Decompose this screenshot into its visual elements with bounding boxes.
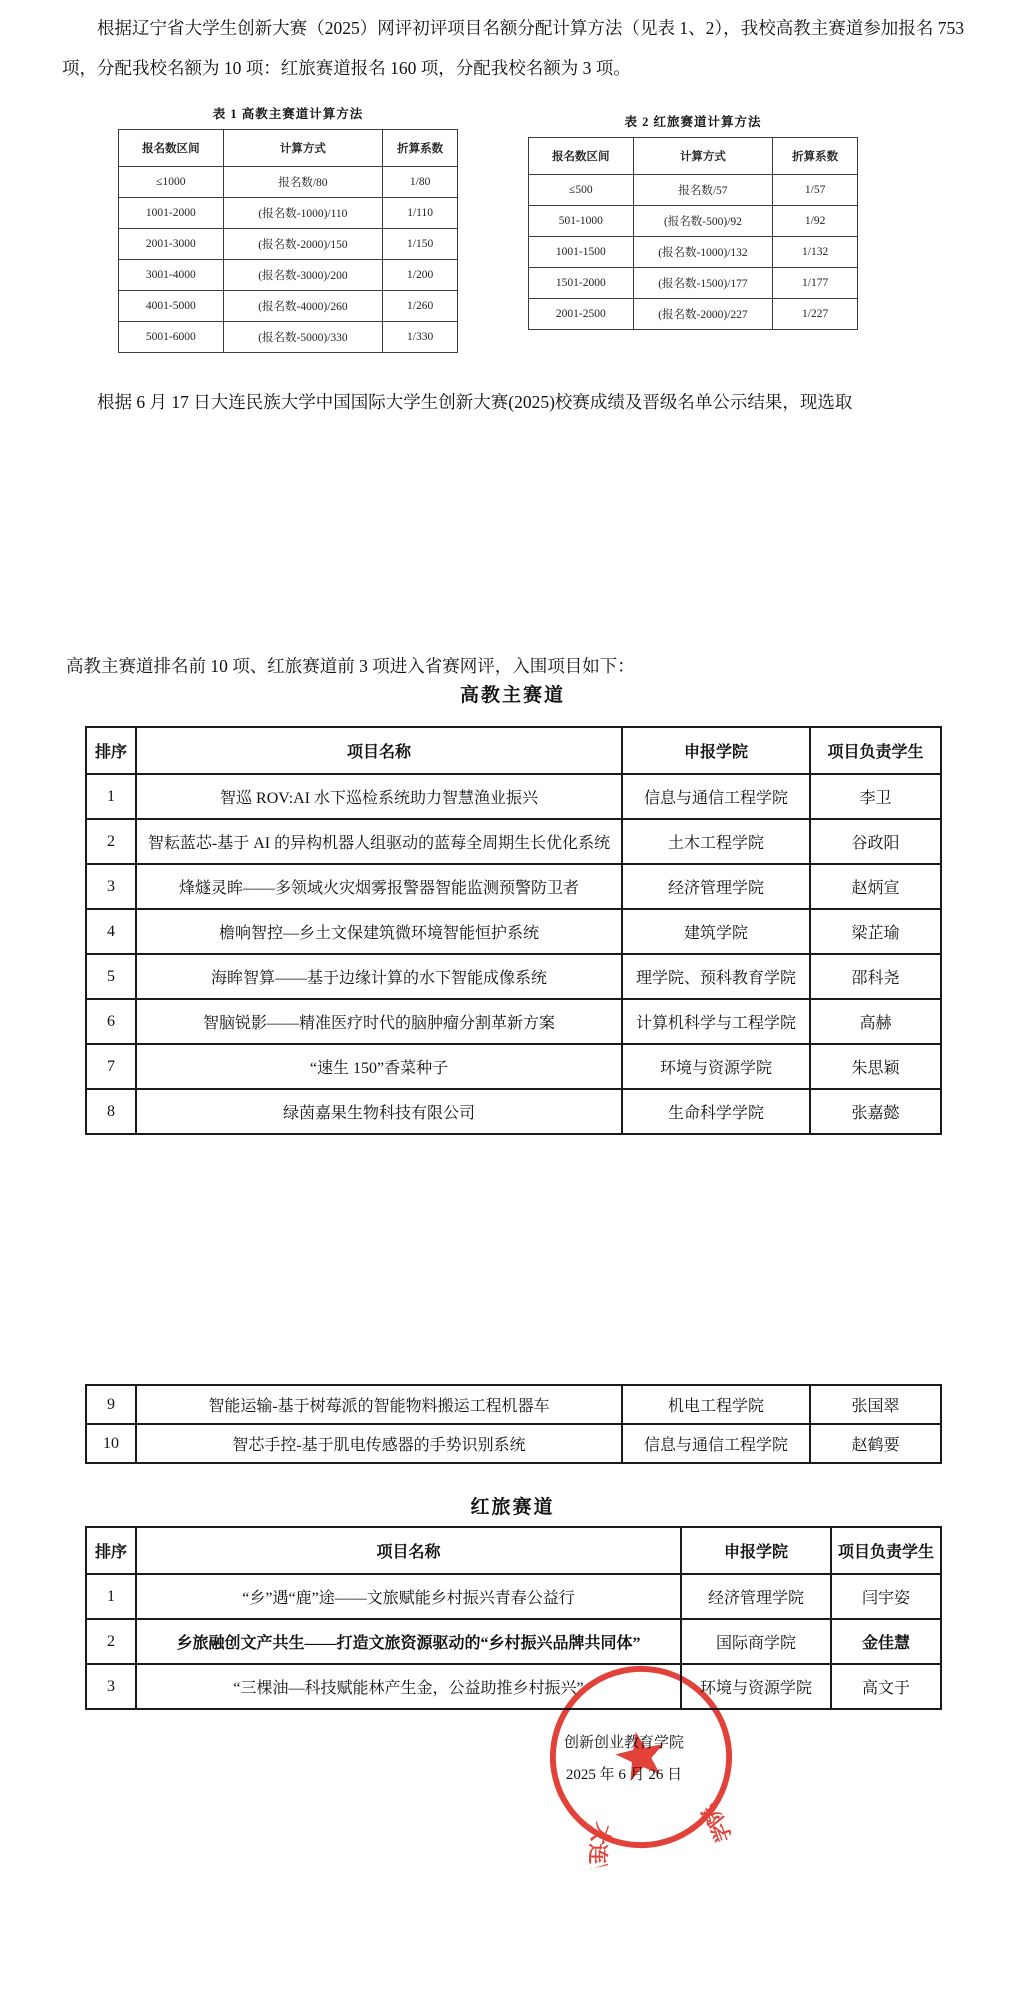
table-row: 1501-2000(报名数-1500)/1771/177 xyxy=(529,268,858,299)
table-cell: 张嘉懿 xyxy=(810,1089,941,1134)
column-header: 计算方式 xyxy=(223,130,383,167)
table-cell: 闫宇姿 xyxy=(831,1574,941,1619)
table-cell: 经济管理学院 xyxy=(681,1574,831,1619)
table-cell: 1 xyxy=(86,774,136,819)
column-header: 排序 xyxy=(86,727,136,774)
table-row: 1智巡 ROV:AI 水下巡检系统助力智慧渔业振兴信息与通信工程学院李卫 xyxy=(86,774,941,819)
table-cell: “速生 150”香菜种子 xyxy=(136,1044,622,1089)
table-cell: 1 xyxy=(86,1574,136,1619)
calc-table-2-head: 报名数区间计算方式折算系数 xyxy=(529,138,858,175)
table-cell: (报名数-1000)/132 xyxy=(633,237,773,268)
column-header: 申报学院 xyxy=(681,1527,831,1574)
column-header: 折算系数 xyxy=(383,130,458,167)
table-cell: 智能运输-基于树莓派的智能物料搬运工程机器车 xyxy=(136,1385,622,1424)
calc-table-1-section: 表 1 高教主赛道计算方法 报名数区间计算方式折算系数 ≤1000报名数/801… xyxy=(118,104,458,353)
table-cell: 1/92 xyxy=(773,206,858,237)
table-cell: 报名数/57 xyxy=(633,175,773,206)
table-cell: (报名数-4000)/260 xyxy=(223,291,383,322)
table-cell: 1001-2000 xyxy=(119,198,224,229)
table-cell: (报名数-3000)/200 xyxy=(223,260,383,291)
table-cell: 1/177 xyxy=(773,268,858,299)
column-header: 报名数区间 xyxy=(529,138,634,175)
table-cell: 2001-2500 xyxy=(529,299,634,330)
table-cell: 张国翠 xyxy=(810,1385,941,1424)
table-cell: 智脑锐影——精准医疗时代的脑肿瘤分割革新方案 xyxy=(136,999,622,1044)
table-cell: 1501-2000 xyxy=(529,268,634,299)
main-track-table-body: 1智巡 ROV:AI 水下巡检系统助力智慧渔业振兴信息与通信工程学院李卫2智耘蓝… xyxy=(86,774,941,1134)
table-cell: 李卫 xyxy=(810,774,941,819)
table-row: 1“乡”遇“鹿”途——文旅赋能乡村振兴青春公益行经济管理学院闫宇姿 xyxy=(86,1574,941,1619)
main-track-table-continued: 9智能运输-基于树莓派的智能物料搬运工程机器车机电工程学院张国翠10智芯手控-基… xyxy=(85,1384,942,1464)
table-row: 3001-4000(报名数-3000)/2001/200 xyxy=(119,260,458,291)
column-header: 项目负责学生 xyxy=(810,727,941,774)
table-row: 10智芯手控-基于肌电传感器的手势识别系统信息与通信工程学院赵鹤要 xyxy=(86,1424,941,1463)
table-row: 2001-2500(报名数-2000)/2271/227 xyxy=(529,299,858,330)
table-cell: 501-1000 xyxy=(529,206,634,237)
column-header: 计算方式 xyxy=(633,138,773,175)
calc-table-1-title: 表 1 高教主赛道计算方法 xyxy=(118,104,458,122)
table-cell: 檐响智控—乡土文保建筑微环境智能恒护系统 xyxy=(136,909,622,954)
table-cell: 邵科尧 xyxy=(810,954,941,999)
table-cell: (报名数-1000)/110 xyxy=(223,198,383,229)
table-cell: 1/227 xyxy=(773,299,858,330)
table-cell: (报名数-1500)/177 xyxy=(633,268,773,299)
table-cell: 5001-6000 xyxy=(119,322,224,353)
main-track-table-head: 排序项目名称申报学院项目负责学生 xyxy=(86,727,941,774)
table-cell: 7 xyxy=(86,1044,136,1089)
table-cell: 10 xyxy=(86,1424,136,1463)
table-cell: 计算机科学与工程学院 xyxy=(622,999,810,1044)
table-row: ≤500报名数/571/57 xyxy=(529,175,858,206)
table-row: 1001-1500(报名数-1000)/1321/132 xyxy=(529,237,858,268)
table-row: 4檐响智控—乡土文保建筑微环境智能恒护系统建筑学院梁芷瑜 xyxy=(86,909,941,954)
table-row: 1001-2000(报名数-1000)/1101/110 xyxy=(119,198,458,229)
table-cell: 1/330 xyxy=(383,322,458,353)
table-cell: 8 xyxy=(86,1089,136,1134)
table-cell: 高文于 xyxy=(831,1664,941,1709)
table-cell: 赵炳宣 xyxy=(810,864,941,909)
star-icon xyxy=(612,1727,670,1783)
main-track-title: 高教主赛道 xyxy=(85,680,940,707)
table-row: 3“三棵油—科技赋能林产生金，公益助推乡村振兴”环境与资源学院高文于 xyxy=(86,1664,941,1709)
table-row: 2乡旅融创文产共生——打造文旅资源驱动的“乡村振兴品牌共同体”国际商学院金佳慧 xyxy=(86,1619,941,1664)
column-header: 报名数区间 xyxy=(119,130,224,167)
table-cell: 生命科学学院 xyxy=(622,1089,810,1134)
table-cell: 1/150 xyxy=(383,229,458,260)
table-row: 8绿茵嘉果生物科技有限公司生命科学学院张嘉懿 xyxy=(86,1089,941,1134)
table-row: 7“速生 150”香菜种子环境与资源学院朱思颖 xyxy=(86,1044,941,1089)
table-cell: 建筑学院 xyxy=(622,909,810,954)
table-cell: 绿茵嘉果生物科技有限公司 xyxy=(136,1089,622,1134)
intro-paragraph: 根据辽宁省大学生创新大赛（2025）网评初评项目名额分配计算方法（见表 1、2）… xyxy=(62,8,964,88)
column-header: 项目名称 xyxy=(136,727,622,774)
column-header: 项目名称 xyxy=(136,1527,681,1574)
table-cell: ≤500 xyxy=(529,175,634,206)
selection-basis-paragraph: 根据 6 月 17 日大连民族大学中国国际大学生创新大赛(2025)校赛成绩及晋… xyxy=(62,382,964,422)
header-row: 报名数区间计算方式折算系数 xyxy=(529,138,858,175)
table-cell: 信息与通信工程学院 xyxy=(622,774,810,819)
table-row: 2智耘蓝芯-基于 AI 的异构机器人组驱动的蓝莓全周期生长优化系统土木工程学院谷… xyxy=(86,819,941,864)
table-cell: 3001-4000 xyxy=(119,260,224,291)
column-header: 折算系数 xyxy=(773,138,858,175)
table-cell: 4001-5000 xyxy=(119,291,224,322)
table-cell: 智耘蓝芯-基于 AI 的异构机器人组驱动的蓝莓全周期生长优化系统 xyxy=(136,819,622,864)
table-row: 5海眸智算——基于边缘计算的水下智能成像系统理学院、预科教育学院邵科尧 xyxy=(86,954,941,999)
column-header: 排序 xyxy=(86,1527,136,1574)
table-cell: 赵鹤要 xyxy=(810,1424,941,1463)
table-cell: 理学院、预科教育学院 xyxy=(622,954,810,999)
table-cell: 1/57 xyxy=(773,175,858,206)
calc-table-2-title: 表 2 红旅赛道计算方法 xyxy=(528,112,858,130)
header-row: 排序项目名称申报学院项目负责学生 xyxy=(86,727,941,774)
table-cell: 经济管理学院 xyxy=(622,864,810,909)
calc-table-1-head: 报名数区间计算方式折算系数 xyxy=(119,130,458,167)
seal-ring-text: 大连民族大学创新创业教育学院 xyxy=(576,1792,753,1875)
table-cell: 机电工程学院 xyxy=(622,1385,810,1424)
table-cell: 3 xyxy=(86,1664,136,1709)
table-cell: 4 xyxy=(86,909,136,954)
table-cell: (报名数-2000)/150 xyxy=(223,229,383,260)
calc-table-2: 报名数区间计算方式折算系数 ≤500报名数/571/57501-1000(报名数… xyxy=(528,137,858,330)
table-cell: 3 xyxy=(86,864,136,909)
table-row: 9智能运输-基于树莓派的智能物料搬运工程机器车机电工程学院张国翠 xyxy=(86,1385,941,1424)
red-track-table: 排序项目名称申报学院项目负责学生 1“乡”遇“鹿”途——文旅赋能乡村振兴青春公益… xyxy=(85,1526,942,1710)
table-cell: (报名数-5000)/330 xyxy=(223,322,383,353)
table-row: ≤1000报名数/801/80 xyxy=(119,167,458,198)
red-track-table-body: 1“乡”遇“鹿”途——文旅赋能乡村振兴青春公益行经济管理学院闫宇姿2乡旅融创文产… xyxy=(86,1574,941,1709)
table-row: 501-1000(报名数-500)/921/92 xyxy=(529,206,858,237)
table-cell: 乡旅融创文产共生——打造文旅资源驱动的“乡村振兴品牌共同体” xyxy=(136,1619,681,1664)
header-row: 报名数区间计算方式折算系数 xyxy=(119,130,458,167)
table-cell: 谷政阳 xyxy=(810,819,941,864)
main-track-table: 排序项目名称申报学院项目负责学生 1智巡 ROV:AI 水下巡检系统助力智慧渔业… xyxy=(85,726,942,1135)
document-page: { "paragraphs": { "p1": "根据辽宁省大学生创新大赛（20… xyxy=(0,0,1024,1990)
table-cell: 1/132 xyxy=(773,237,858,268)
calc-table-1-body: ≤1000报名数/801/801001-2000(报名数-1000)/1101/… xyxy=(119,167,458,353)
table-cell: 2 xyxy=(86,819,136,864)
table-cell: 朱思颖 xyxy=(810,1044,941,1089)
table-cell: 智巡 ROV:AI 水下巡检系统助力智慧渔业振兴 xyxy=(136,774,622,819)
table-cell: 2001-3000 xyxy=(119,229,224,260)
table-cell: “乡”遇“鹿”途——文旅赋能乡村振兴青春公益行 xyxy=(136,1574,681,1619)
calc-table-1: 报名数区间计算方式折算系数 ≤1000报名数/801/801001-2000(报… xyxy=(118,129,458,353)
column-header: 申报学院 xyxy=(622,727,810,774)
table-cell: 高赫 xyxy=(810,999,941,1044)
table-cell: 2 xyxy=(86,1619,136,1664)
calc-table-2-body: ≤500报名数/571/57501-1000(报名数-500)/921/9210… xyxy=(529,175,858,330)
table-cell: 金佳慧 xyxy=(831,1619,941,1664)
table-cell: (报名数-500)/92 xyxy=(633,206,773,237)
table-cell: 1/80 xyxy=(383,167,458,198)
table-cell: 9 xyxy=(86,1385,136,1424)
table-row: 4001-5000(报名数-4000)/2601/260 xyxy=(119,291,458,322)
table-cell: 报名数/80 xyxy=(223,167,383,198)
table-cell: 5 xyxy=(86,954,136,999)
official-seal: 大连民族大学创新创业教育学院 xyxy=(524,1640,759,1875)
table-row: 5001-6000(报名数-5000)/3301/330 xyxy=(119,322,458,353)
header-row: 排序项目名称申报学院项目负责学生 xyxy=(86,1527,941,1574)
table-cell: 1/200 xyxy=(383,260,458,291)
red-track-table-head: 排序项目名称申报学院项目负责学生 xyxy=(86,1527,941,1574)
table-row: 3烽燧灵眸——多领域火灾烟雾报警器智能监测预警防卫者经济管理学院赵炳宣 xyxy=(86,864,941,909)
table-cell: 烽燧灵眸——多领域火灾烟雾报警器智能监测预警防卫者 xyxy=(136,864,622,909)
table-cell: 环境与资源学院 xyxy=(622,1044,810,1089)
table-cell: 土木工程学院 xyxy=(622,819,810,864)
table-cell: 信息与通信工程学院 xyxy=(622,1424,810,1463)
calc-table-2-section: 表 2 红旅赛道计算方法 报名数区间计算方式折算系数 ≤500报名数/571/5… xyxy=(528,112,858,330)
table-cell: 6 xyxy=(86,999,136,1044)
table-row: 2001-3000(报名数-2000)/1501/150 xyxy=(119,229,458,260)
column-header: 项目负责学生 xyxy=(831,1527,941,1574)
red-track-title: 红旅赛道 xyxy=(85,1492,940,1519)
main-track-table-continued-body: 9智能运输-基于树莓派的智能物料搬运工程机器车机电工程学院张国翠10智芯手控-基… xyxy=(86,1385,941,1463)
table-cell: ≤1000 xyxy=(119,167,224,198)
table-cell: 海眸智算——基于边缘计算的水下智能成像系统 xyxy=(136,954,622,999)
table-cell: 智芯手控-基于肌电传感器的手势识别系统 xyxy=(136,1424,622,1463)
table-cell: 1/110 xyxy=(383,198,458,229)
table-row: 6智脑锐影——精准医疗时代的脑肿瘤分割革新方案计算机科学与工程学院高赫 xyxy=(86,999,941,1044)
table-cell: 1/260 xyxy=(383,291,458,322)
table-cell: (报名数-2000)/227 xyxy=(633,299,773,330)
table-cell: 1001-1500 xyxy=(529,237,634,268)
table-cell: 梁芷瑜 xyxy=(810,909,941,954)
